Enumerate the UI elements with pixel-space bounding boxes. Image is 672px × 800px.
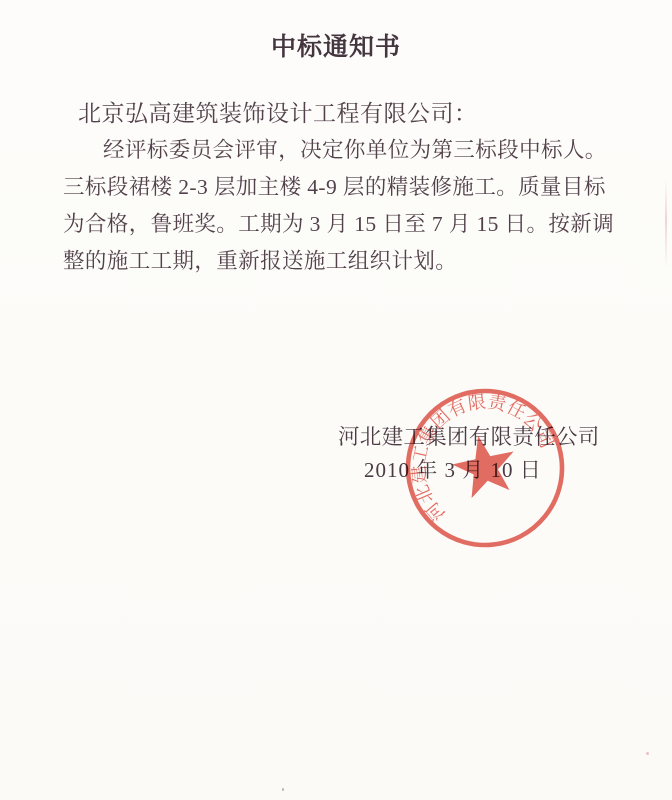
paragraph-line: 为合格，鲁班奖。工期为 3 月 15 日至 7 月 15 日。按新调	[63, 206, 619, 243]
paragraph-line: 经评标委员会评审，决定你单位为第三标段中标人。	[63, 132, 619, 169]
paragraph-line: 整的施工工期，重新报送施工组织计划。	[63, 243, 619, 280]
seal-star	[447, 429, 521, 500]
recipient-line: 北京弘高建筑装饰设计工程有限公司：	[78, 100, 478, 128]
scan-speck	[646, 752, 649, 755]
body-paragraph: 经评标委员会评审，决定你单位为第三标段中标人。 三标段裙楼 2-3 层加主楼 4…	[63, 132, 619, 280]
scan-artifact-line	[665, 180, 667, 268]
document-page: 中标通知书 北京弘高建筑装饰设计工程有限公司： 经评标委员会评审，决定你单位为第…	[0, 0, 672, 800]
document-title: 中标通知书	[0, 27, 672, 63]
scan-speck	[282, 788, 284, 791]
paragraph-line: 三标段裙楼 2-3 层加主楼 4-9 层的精装修施工。质量目标	[63, 169, 619, 206]
company-seal: 河北建工集团有限责任公司	[392, 375, 579, 562]
